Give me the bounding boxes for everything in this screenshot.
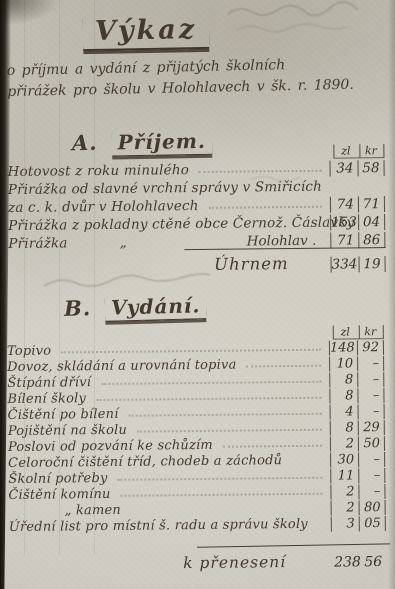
column-header-zl: zl — [333, 144, 359, 158]
amount-kr: – — [357, 372, 384, 387]
amount-kr: – — [357, 388, 384, 403]
document-subtitle: o příjmu a vydání z přijatých školních p… — [7, 53, 390, 103]
amount-kr: – — [357, 356, 384, 371]
income-total-zl: 334 — [330, 256, 358, 272]
amount-zl: 30 — [330, 452, 358, 467]
column-header-zl: zl — [333, 325, 359, 339]
amount-zl: 10 — [329, 356, 357, 371]
scanned-ledger-page: Výkaz o příjmu a vydání z přijatých škol… — [0, 0, 395, 589]
amount-kr: 71 — [358, 196, 385, 212]
section-b-letter: B. — [64, 295, 92, 321]
row-label: Štípání dříví — [7, 375, 91, 391]
income-total-row: Úhrnem 334 19 — [8, 248, 385, 276]
row-label: Poslovi od pozvání ke schůzím — [8, 438, 213, 455]
amount-zl: 11 — [330, 468, 358, 483]
amount-zl: 8 — [329, 372, 357, 387]
amount-zl: 2 — [330, 484, 358, 499]
row-label: Celoroční čištění tříd, chodeb a záchodů — [8, 453, 282, 471]
row-label: Dovoz, skládání a urovnání topiva — [7, 358, 237, 375]
expenses-table: zl kr Topivo14892Dovoz, skládání a urovn… — [7, 323, 387, 574]
row-label: Školní potřeby — [8, 471, 107, 487]
amount-kr: 58 — [357, 160, 384, 176]
row-label: Úřední list pro místní š. radu a správu … — [9, 517, 308, 535]
amount-kr: – — [358, 484, 385, 499]
row-label: Přirážka — [8, 235, 67, 252]
income-total-label: Úhrnem — [8, 254, 330, 276]
amount-zl: 8 — [330, 420, 358, 435]
amount-kr: – — [358, 452, 385, 467]
carry-forward-kr: 56 — [361, 554, 386, 570]
amount-zl: 8 — [329, 388, 357, 403]
scan-corner-shadow — [0, 0, 60, 26]
document-title: Výkaz — [83, 14, 210, 51]
dotted-leader — [96, 397, 321, 401]
dotted-leader — [209, 206, 322, 209]
row-label: Přirážka od slavné vrchní správy v Smiři… — [8, 179, 322, 198]
dotted-leader — [129, 413, 322, 417]
expenses-carry-row: k přenesení 238 56 — [9, 546, 386, 574]
amount-kr: – — [358, 468, 385, 483]
row-label: Topivo — [7, 344, 51, 359]
amount-kr: 04 — [358, 214, 385, 230]
dotted-leader — [101, 381, 321, 385]
row-label: za c. k. dvůr v Holohlavech — [8, 198, 199, 216]
row-label: „ kamen — [9, 503, 121, 519]
amount-zl: 74 — [330, 196, 358, 212]
amount-kr: 05 — [359, 516, 386, 531]
amount-kr: 80 — [359, 500, 386, 515]
amount-kr: – — [358, 404, 385, 419]
row-label: Čištění po bílení — [8, 407, 119, 423]
section-b-heading: B.Vydání. — [64, 292, 207, 321]
amount-zl: 4 — [330, 404, 358, 419]
amount-zl: 71 — [330, 232, 358, 248]
row-label: Pojištění na školu — [8, 423, 127, 439]
amount-zl: 3 — [331, 516, 359, 531]
column-header-kr: kr — [359, 325, 384, 339]
dotted-leader — [117, 477, 322, 481]
row-label: Hotovost z roku minulého — [8, 162, 190, 180]
dotted-leader — [121, 493, 323, 497]
column-header-kr: kr — [359, 144, 384, 158]
row-label: Bílení školy — [7, 391, 86, 407]
dotted-leader — [199, 170, 322, 173]
amount-zl: 2 — [330, 436, 358, 451]
amount-zl: 2 — [331, 500, 359, 515]
expenses-rows: Topivo14892Dovoz, skládání a urovnání to… — [7, 339, 386, 535]
carry-forward-zl: 238 — [334, 554, 361, 570]
dotted-leader — [61, 349, 321, 354]
dotted-leader — [223, 445, 322, 448]
amount-zl: 34 — [329, 160, 357, 176]
dotted-leader — [247, 365, 322, 368]
row-ditto-mark: „ — [120, 235, 127, 251]
amount-zl: 153 — [330, 214, 358, 230]
row-label: Čištění komínu — [8, 487, 110, 503]
carry-forward-label: k přenesení — [9, 553, 334, 574]
income-rows: Hotovost z roku minulého3458Přirážka od … — [7, 158, 385, 252]
section-b-title: Vydání. — [105, 293, 207, 322]
income-table: zl kr Hotovost z roku minulého3458Přiráž… — [7, 142, 385, 276]
income-total-kr: 19 — [358, 256, 385, 272]
dotted-leader — [137, 429, 322, 433]
amount-kr: 29 — [358, 420, 385, 435]
scan-edge-right — [388, 0, 395, 589]
amount-kr: 50 — [358, 436, 385, 451]
amount-kr: 86 — [358, 232, 385, 248]
amount-kr: 92 — [357, 340, 384, 355]
amount-zl: 148 — [329, 340, 357, 355]
